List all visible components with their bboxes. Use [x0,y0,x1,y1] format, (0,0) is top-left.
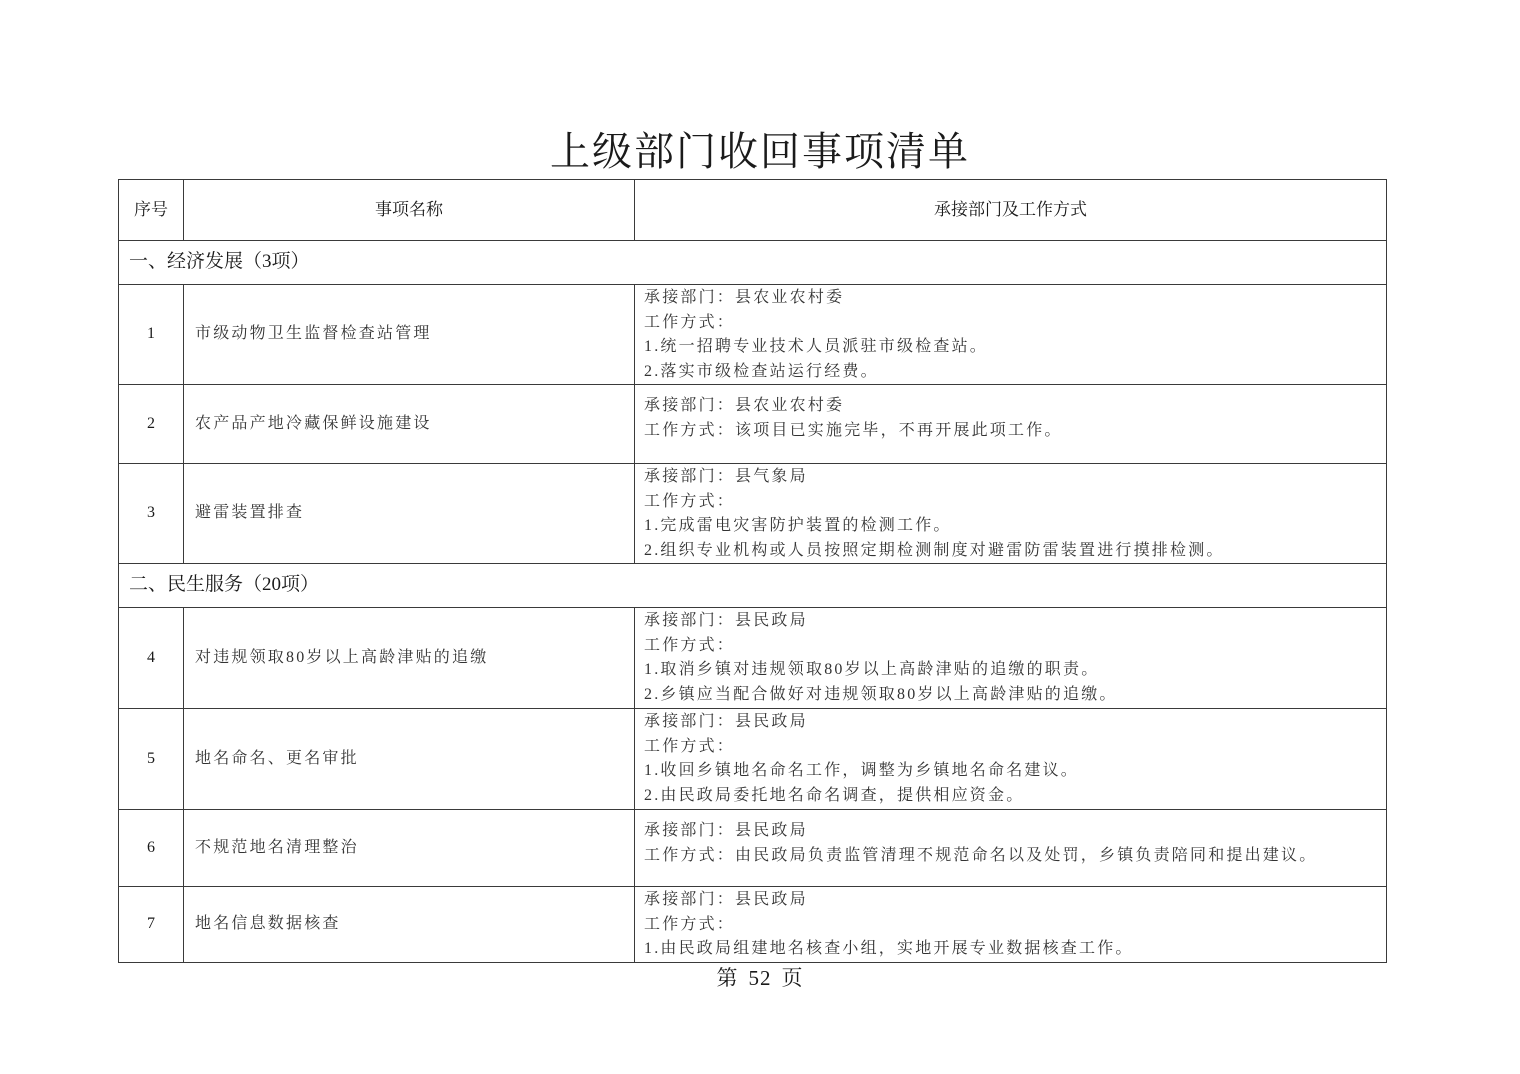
method-line: 工作方式：由民政局负责监管清理不规范命名以及处罚，乡镇负责陪同和提出建议。 [644,844,1386,869]
method-line: 1.取消乡镇对违规领取80岁以上高龄津贴的追缴的职责。 [644,658,1386,683]
document-title: 上级部门收回事项清单 [0,126,1520,178]
section-title: 一、经济发展（3项） [119,241,1387,285]
item-name: 避雷装置排查 [184,464,635,564]
table-row: 7 地名信息数据核查 承接部门：县民政局 工作方式： 1.由民政局组建地名核查小… [119,887,1387,963]
section-row: 二、民生服务（20项） [119,564,1387,608]
method-line: 2.落实市级检查站运行经费。 [644,360,1386,385]
method-line: 2.乡镇应当配合做好对违规领取80岁以上高龄津贴的追缴。 [644,683,1386,708]
table-row: 5 地名命名、更名审批 承接部门：县民政局 工作方式： 1.收回乡镇地名命名工作… [119,709,1387,810]
table-row: 6 不规范地名清理整治 承接部门：县民政局 工作方式：由民政局负责监管清理不规范… [119,810,1387,887]
row-number: 6 [119,810,184,887]
dept-line: 承接部门：县农业农村委 [644,394,1386,419]
method-line: 1.由民政局组建地名核查小组，实地开展专业数据核查工作。 [644,937,1386,962]
dept-method-cell: 承接部门：县民政局 工作方式： 1.由民政局组建地名核查小组，实地开展专业数据核… [635,887,1387,963]
page-suffix: 页 [782,966,804,990]
page-prefix: 第 [717,966,739,990]
method-line: 1.收回乡镇地名命名工作，调整为乡镇地名命名建议。 [644,759,1386,784]
table-row: 2 农产品产地冷藏保鲜设施建设 承接部门：县农业农村委 工作方式：该项目已实施完… [119,385,1387,464]
item-name: 地名命名、更名审批 [184,709,635,810]
dept-line: 承接部门：县民政局 [644,819,1386,844]
section-row: 一、经济发展（3项） [119,241,1387,285]
method-label: 工作方式： [644,311,1386,336]
page-value: 52 [749,966,772,990]
recalled-items-table: 序号 事项名称 承接部门及工作方式 一、经济发展（3项） 1 市级动物卫生监督检… [118,179,1387,963]
dept-line: 承接部门：县民政局 [644,609,1386,634]
method-line: 1.完成雷电灾害防护装置的检测工作。 [644,514,1386,539]
dept-method-cell: 承接部门：县民政局 工作方式：由民政局负责监管清理不规范命名以及处罚，乡镇负责陪… [635,810,1387,887]
method-line: 工作方式：该项目已实施完毕，不再开展此项工作。 [644,419,1386,444]
method-line: 2.由民政局委托地名命名调查，提供相应资金。 [644,784,1386,809]
method-label: 工作方式： [644,634,1386,659]
page-number: 第52页 [0,962,1520,992]
dept-method-cell: 承接部门：县民政局 工作方式： 1.收回乡镇地名命名工作，调整为乡镇地名命名建议… [635,709,1387,810]
item-name: 对违规领取80岁以上高龄津贴的追缴 [184,608,635,709]
item-name: 地名信息数据核查 [184,887,635,963]
dept-method-cell: 承接部门：县农业农村委 工作方式：该项目已实施完毕，不再开展此项工作。 [635,385,1387,464]
dept-line: 承接部门：县民政局 [644,710,1386,735]
row-number: 4 [119,608,184,709]
row-number: 7 [119,887,184,963]
dept-line: 承接部门：县民政局 [644,888,1386,913]
dept-method-cell: 承接部门：县农业农村委 工作方式： 1.统一招聘专业技术人员派驻市级检查站。 2… [635,285,1387,385]
header-name: 事项名称 [184,180,635,241]
method-label: 工作方式： [644,913,1386,938]
header-dept: 承接部门及工作方式 [635,180,1387,241]
method-line: 2.组织专业机构或人员按照定期检测制度对避雷防雷装置进行摸排检测。 [644,539,1386,564]
header-no: 序号 [119,180,184,241]
row-number: 1 [119,285,184,385]
method-label: 工作方式： [644,735,1386,760]
dept-line: 承接部门：县农业农村委 [644,286,1386,311]
table-header-row: 序号 事项名称 承接部门及工作方式 [119,180,1387,241]
table-row: 1 市级动物卫生监督检查站管理 承接部门：县农业农村委 工作方式： 1.统一招聘… [119,285,1387,385]
method-label: 工作方式： [644,490,1386,515]
dept-method-cell: 承接部门：县气象局 工作方式： 1.完成雷电灾害防护装置的检测工作。 2.组织专… [635,464,1387,564]
dept-method-cell: 承接部门：县民政局 工作方式： 1.取消乡镇对违规领取80岁以上高龄津贴的追缴的… [635,608,1387,709]
row-number: 3 [119,464,184,564]
row-number: 5 [119,709,184,810]
item-name: 农产品产地冷藏保鲜设施建设 [184,385,635,464]
method-line: 1.统一招聘专业技术人员派驻市级检查站。 [644,335,1386,360]
dept-line: 承接部门：县气象局 [644,465,1386,490]
row-number: 2 [119,385,184,464]
item-name: 不规范地名清理整治 [184,810,635,887]
item-name: 市级动物卫生监督检查站管理 [184,285,635,385]
table-row: 3 避雷装置排查 承接部门：县气象局 工作方式： 1.完成雷电灾害防护装置的检测… [119,464,1387,564]
section-title: 二、民生服务（20项） [119,564,1387,608]
table-row: 4 对违规领取80岁以上高龄津贴的追缴 承接部门：县民政局 工作方式： 1.取消… [119,608,1387,709]
